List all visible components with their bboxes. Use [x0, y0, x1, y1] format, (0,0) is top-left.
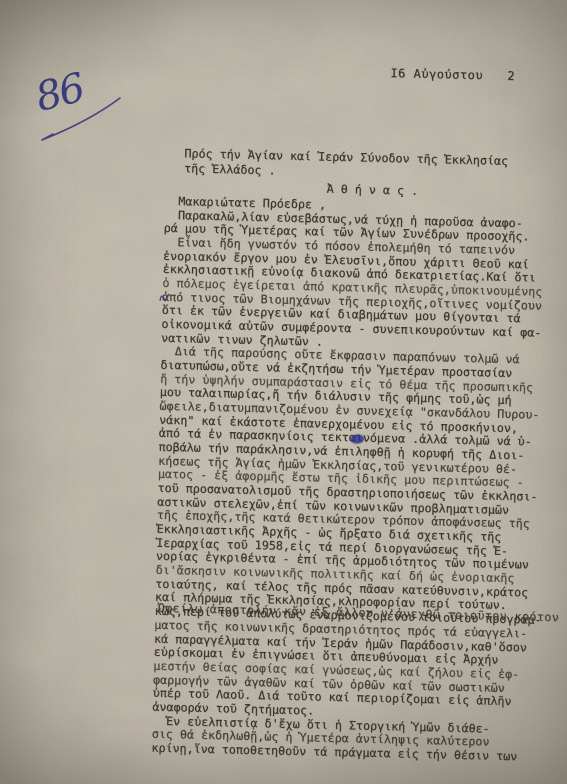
letter-body: Μακαριώτατε Πρόεδρε ,Παρακαλῶ,λίαν εὐσεβ… — [151, 195, 564, 765]
pen-tick-mark — [159, 291, 171, 303]
page-number: 2 — [507, 69, 515, 83]
scanned-letter-page: Ι6 Αὐγούστου 2 Πρός τήν Ἁγίαν καί Ἱεράν … — [0, 0, 567, 784]
recipient-city: Ἀ θ ή ν α ς . — [327, 182, 419, 198]
pen-ink-blot — [351, 435, 364, 444]
recipient-line: τῆς Ἑλλάδος . — [184, 161, 276, 177]
date-heading: Ι6 Αὐγούστου — [390, 66, 483, 82]
pen-stroke — [28, 86, 148, 156]
